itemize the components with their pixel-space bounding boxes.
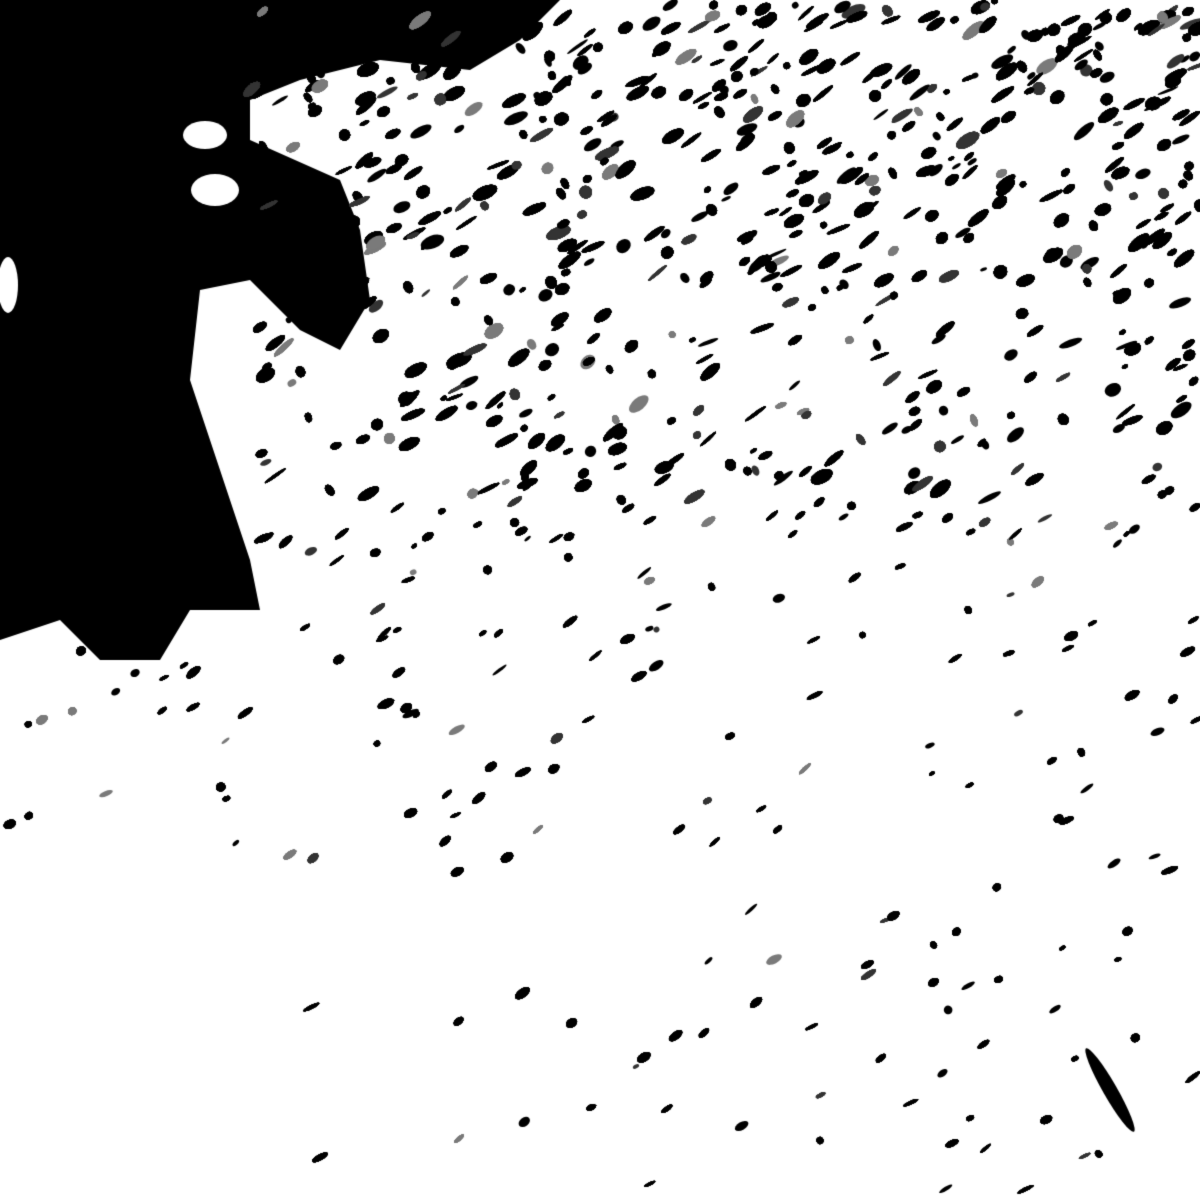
- raster-image: [0, 0, 1200, 1200]
- grayscale-raster-canvas: [0, 0, 1200, 1200]
